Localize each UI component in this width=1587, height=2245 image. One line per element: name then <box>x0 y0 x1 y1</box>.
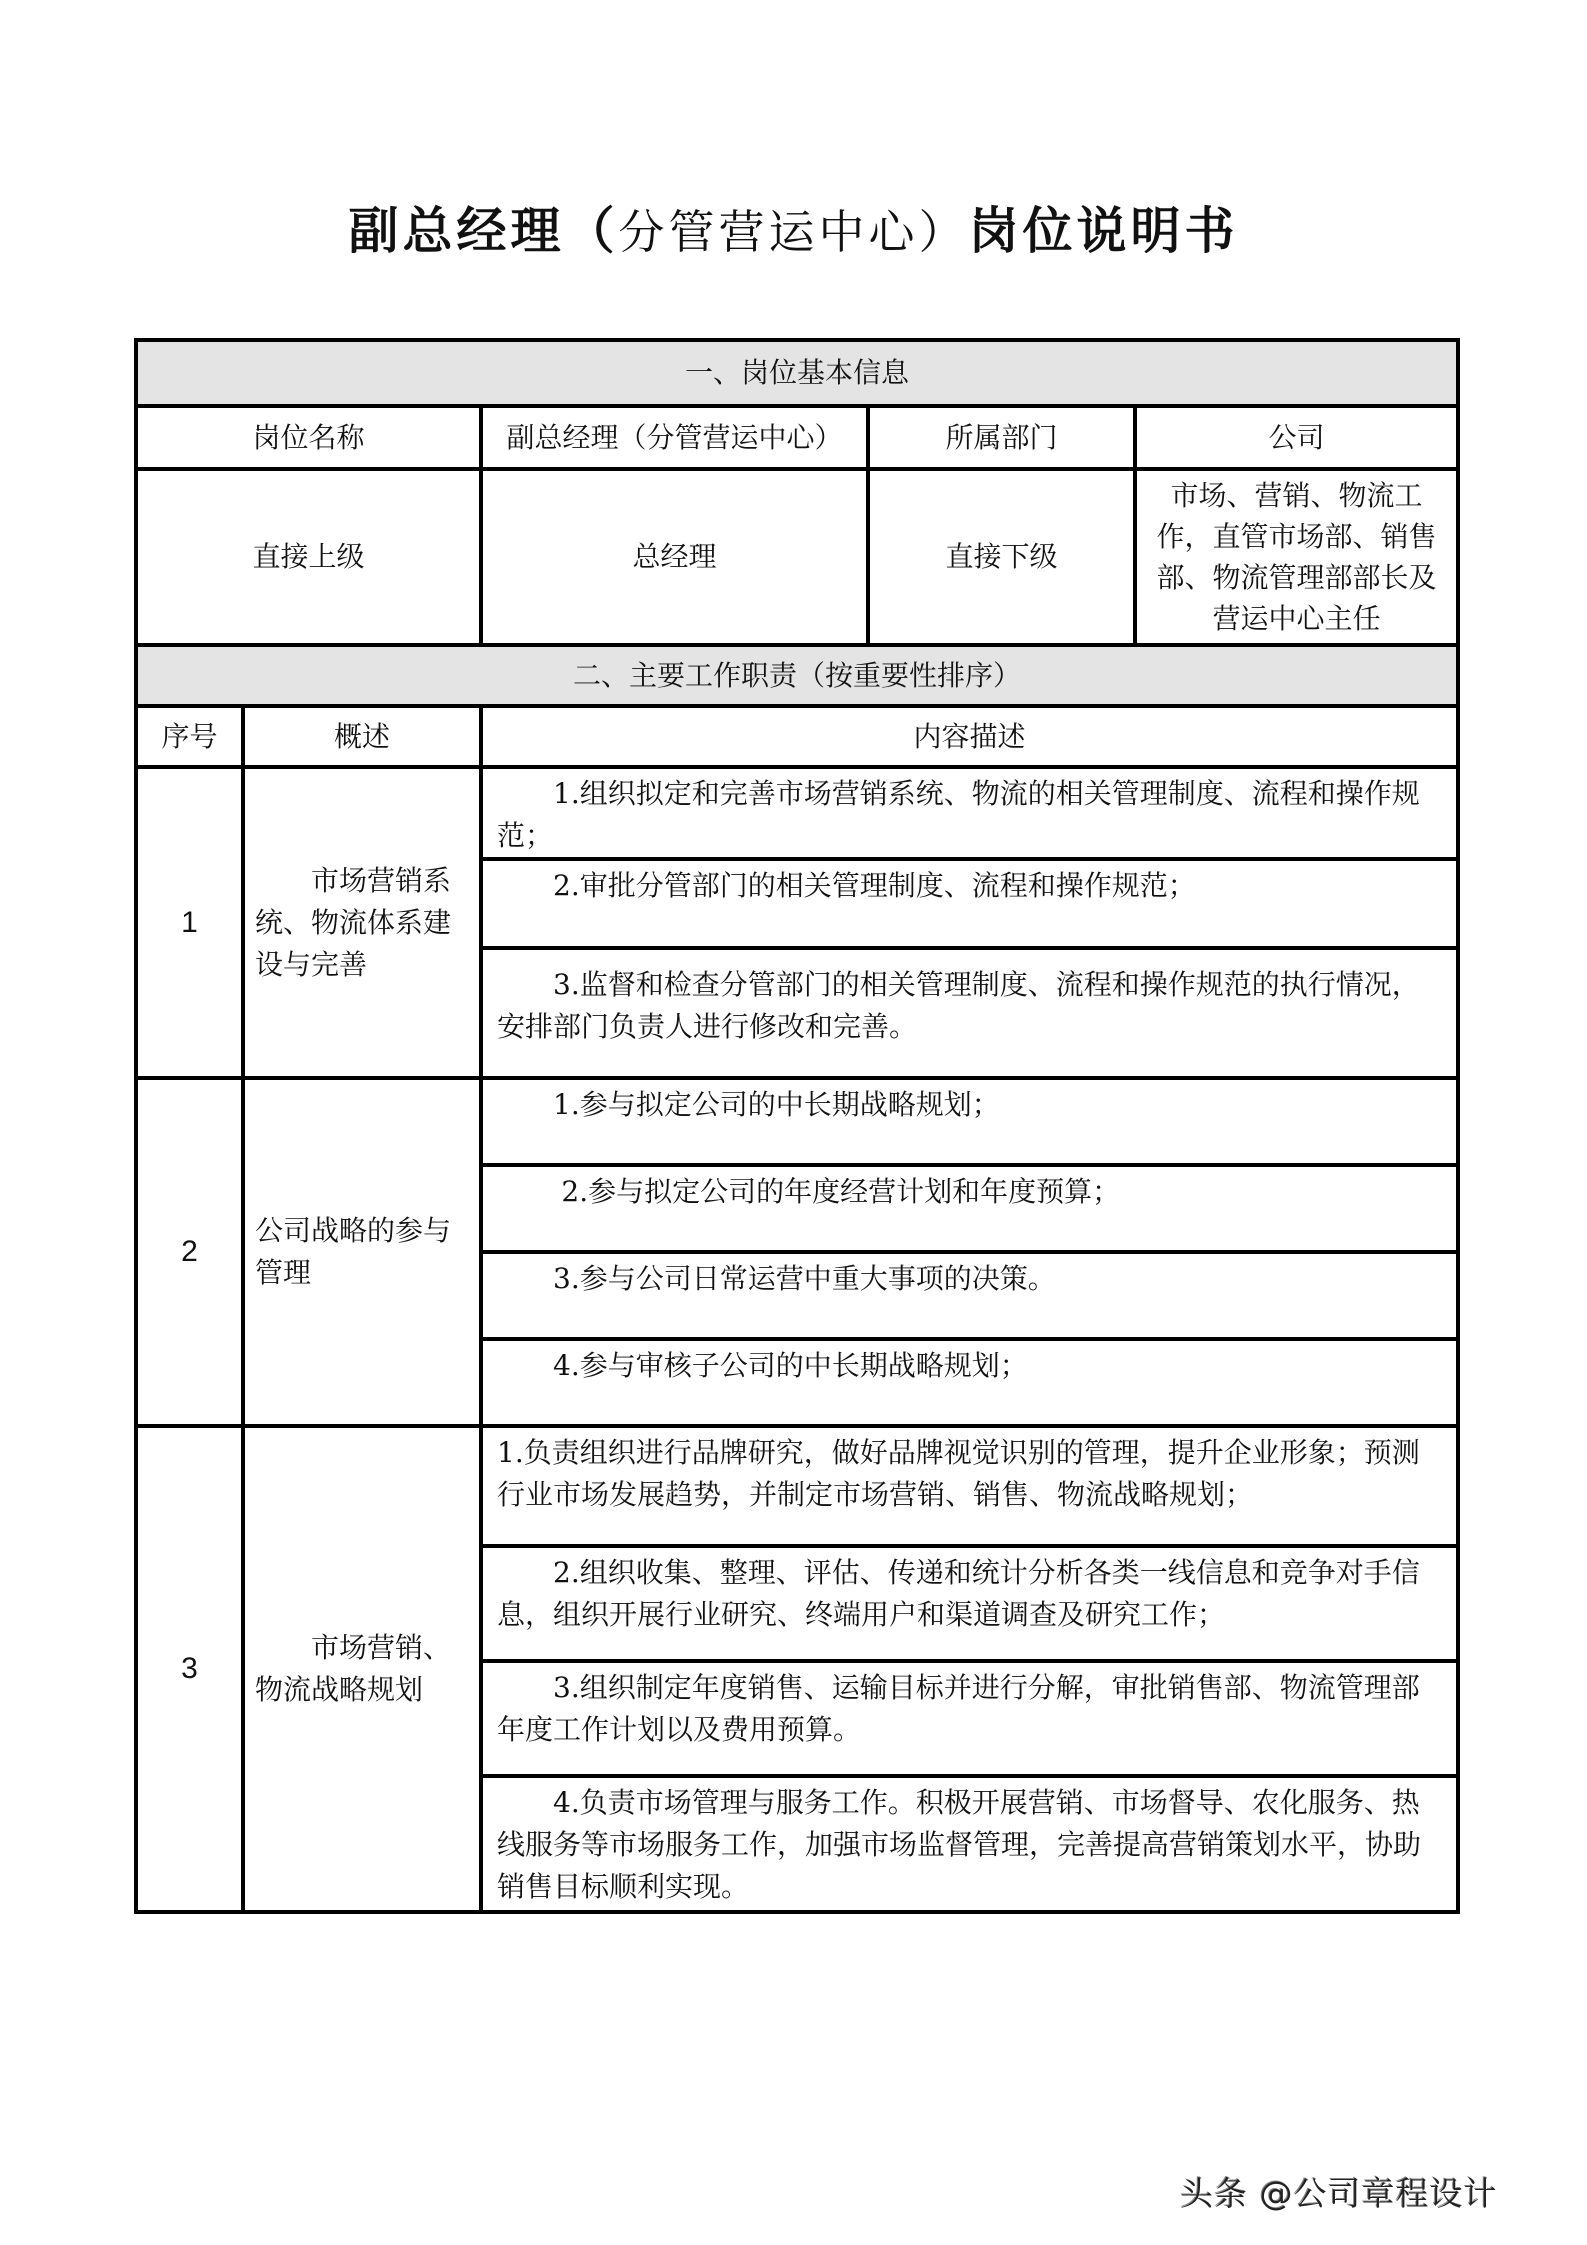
value-position-name: 副总经理（分管营运中心） <box>481 406 868 469</box>
duty-item: 3.监督和检查分管部门的相关管理制度、流程和操作规范的执行情况，安排部门负责人进… <box>481 948 1458 1078</box>
section2-header: 二、主要工作职责（按重要性排序） <box>136 645 1458 706</box>
duty-seq-3: 3 <box>136 1426 243 1912</box>
duty-group-3-row-1: 3 市场营销、物流战略规划 1.负责组织进行品牌研究，做好品牌视觉识别的管理，提… <box>136 1426 1458 1546</box>
duty-group-2-row-1: 2 公司战略的参与管理 1.参与拟定公司的中长期战略规划； <box>136 1078 1458 1165</box>
column-header-summary: 概述 <box>243 706 481 767</box>
job-description-table: 一、岗位基本信息 岗位名称 副总经理（分管营运中心） 所属部门 公司 直接上级 … <box>134 338 1460 1914</box>
column-header-seq: 序号 <box>136 706 243 767</box>
duty-item: 2.组织收集、整理、评估、传递和统计分析各类一线信息和竞争对手信息，组织开展行业… <box>481 1546 1458 1661</box>
section1-header-row: 一、岗位基本信息 <box>136 340 1458 406</box>
duty-summary-2: 公司战略的参与管理 <box>243 1078 481 1426</box>
watermark: 头条 @公司章程设计 <box>1180 2168 1498 2215</box>
duty-summary-3: 市场营销、物流战略规划 <box>243 1426 481 1912</box>
label-position-name: 岗位名称 <box>136 406 481 469</box>
section1-header: 一、岗位基本信息 <box>136 340 1458 406</box>
section2-header-row: 二、主要工作职责（按重要性排序） <box>136 645 1458 706</box>
duty-summary-1: 市场营销系统、物流体系建设与完善 <box>243 767 481 1078</box>
duty-item: 4.负责市场管理与服务工作。积极开展营销、市场督导、农化服务、热线服务等市场服务… <box>481 1776 1458 1912</box>
title-main-part1: 副总经理（ <box>349 202 619 260</box>
duty-item: 2.审批分管部门的相关管理制度、流程和操作规范； <box>481 859 1458 948</box>
duty-item: 3.参与公司日常运营中重大事项的决策。 <box>481 1252 1458 1339</box>
duty-item: 1.组织拟定和完善市场营销系统、物流的相关管理制度、流程和操作规范； <box>481 767 1458 859</box>
label-direct-superior: 直接上级 <box>136 469 481 645</box>
column-header-description: 内容描述 <box>481 706 1458 767</box>
duty-item: 2.参与拟定公司的年度经营计划和年度预算； <box>481 1165 1458 1252</box>
value-direct-superior: 总经理 <box>481 469 868 645</box>
info-row-position: 岗位名称 副总经理（分管营运中心） 所属部门 公司 <box>136 406 1458 469</box>
label-department: 所属部门 <box>868 406 1135 469</box>
title-sub: 分管营运中心） <box>619 205 969 259</box>
duty-item: 1.参与拟定公司的中长期战略规划； <box>481 1078 1458 1165</box>
label-direct-subordinates: 直接下级 <box>868 469 1135 645</box>
title-main-part2: 岗位说明书 <box>969 202 1239 260</box>
duty-item: 4.参与审核子公司的中长期战略规划； <box>481 1339 1458 1426</box>
info-row-reporting: 直接上级 总经理 直接下级 市场、营销、物流工作，直管市场部、销售部、物流管理部… <box>136 469 1458 645</box>
value-department: 公司 <box>1135 406 1458 469</box>
document-title: 副总经理（分管营运中心）岗位说明书 <box>0 196 1587 267</box>
duty-seq-1: 1 <box>136 767 243 1078</box>
value-direct-subordinates: 市场、营销、物流工作，直管市场部、销售部、物流管理部部长及营运中心主任 <box>1135 469 1458 645</box>
duty-item: 3.组织制定年度销售、运输目标并进行分解，审批销售部、物流管理部年度工作计划以及… <box>481 1661 1458 1776</box>
duty-group-1-row-1: 1 市场营销系统、物流体系建设与完善 1.组织拟定和完善市场营销系统、物流的相关… <box>136 767 1458 859</box>
duty-seq-2: 2 <box>136 1078 243 1426</box>
duty-item: 1.负责组织进行品牌研究，做好品牌视觉识别的管理，提升企业形象；预测行业市场发展… <box>481 1426 1458 1546</box>
duties-column-header-row: 序号 概述 内容描述 <box>136 706 1458 767</box>
